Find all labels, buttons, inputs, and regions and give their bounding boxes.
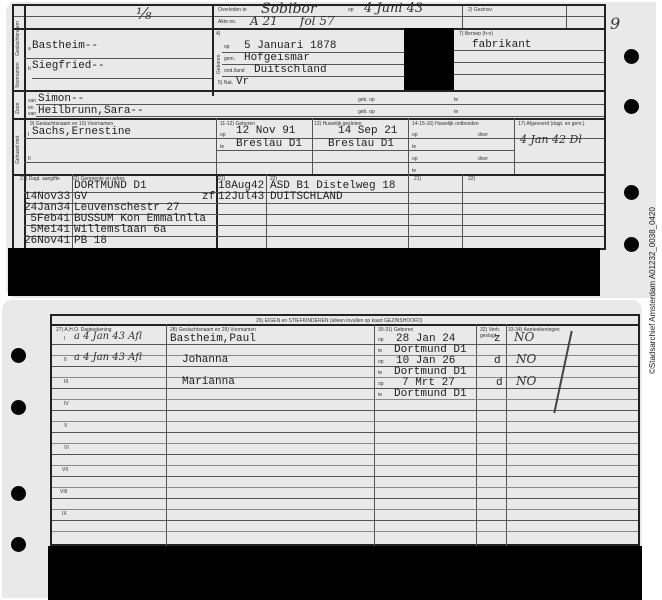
child-op-label: op bbox=[378, 337, 384, 343]
divider bbox=[266, 174, 267, 250]
op-label: op bbox=[348, 7, 354, 13]
divider bbox=[24, 138, 604, 139]
child-name: Johanna bbox=[182, 354, 228, 366]
child-num: IX bbox=[62, 511, 67, 517]
geslachtsnaam-label: Geslachtsnaam bbox=[15, 21, 21, 56]
col22b-header: 22) bbox=[468, 176, 475, 182]
zoon-label: Zoon bbox=[15, 103, 21, 114]
divider bbox=[24, 6, 26, 28]
child-te-label: te bbox=[378, 392, 382, 398]
binder-hole bbox=[11, 486, 26, 501]
card-number: 9 bbox=[610, 14, 620, 33]
divider bbox=[52, 388, 638, 389]
divider bbox=[506, 324, 507, 546]
binder-hole bbox=[11, 348, 26, 363]
divider bbox=[52, 520, 638, 521]
address-date: 12Jul43 bbox=[218, 191, 264, 203]
redacted-photo bbox=[404, 28, 454, 90]
address-mark: zf bbox=[202, 191, 215, 203]
marriage-place: Breslau D1 bbox=[328, 138, 394, 150]
birth-op-label: op bbox=[224, 44, 230, 50]
divider bbox=[462, 174, 463, 250]
divider bbox=[52, 324, 638, 326]
divider bbox=[408, 174, 409, 250]
occupation-label: 7) Beroep (h-n) bbox=[459, 31, 493, 37]
child-op-label: op bbox=[378, 381, 384, 387]
child-num: VIII bbox=[60, 489, 68, 495]
nationality-label: 5) Nat. bbox=[218, 80, 233, 86]
divider bbox=[462, 6, 463, 28]
child-verh: d bbox=[496, 377, 503, 389]
divider bbox=[36, 116, 604, 117]
divider bbox=[52, 487, 638, 488]
divider bbox=[52, 476, 638, 477]
folio-value: fol 57 bbox=[300, 14, 335, 28]
ontbonden-op2: op bbox=[412, 156, 418, 162]
spouse-birth-place: Breslau D1 bbox=[236, 138, 302, 150]
divider bbox=[24, 58, 212, 59]
divider bbox=[36, 104, 604, 105]
divider bbox=[374, 324, 375, 546]
divider bbox=[408, 118, 409, 174]
divider bbox=[312, 118, 313, 174]
divider bbox=[222, 76, 404, 77]
divider bbox=[52, 344, 638, 345]
item-b: b bbox=[28, 66, 31, 72]
mother-geb-op-label: geb. op bbox=[358, 109, 375, 115]
ontbonden-op1: op bbox=[412, 132, 418, 138]
binder-hole bbox=[11, 400, 26, 415]
binder-hole bbox=[624, 49, 639, 64]
afgevoerd-value: 4 Jan 42 Dl bbox=[520, 133, 582, 146]
gehuwd-label: Gehuwd met bbox=[15, 136, 21, 164]
divider bbox=[52, 443, 638, 444]
divider bbox=[454, 62, 604, 63]
child-num: V bbox=[64, 423, 67, 429]
nationality-value: Vr bbox=[236, 76, 249, 88]
van1-label: van bbox=[28, 98, 36, 104]
ontbonden-door1: door bbox=[478, 132, 488, 138]
divider bbox=[476, 324, 477, 546]
ontbonden-header: 14-15-16) Huwelijk ontbonden bbox=[412, 121, 479, 127]
verh-header: 32) Verh. geslagt. bbox=[480, 327, 506, 339]
divider bbox=[514, 118, 515, 174]
divider bbox=[52, 410, 638, 411]
divider bbox=[52, 509, 638, 510]
address-text: PB 18 bbox=[74, 235, 107, 247]
divider bbox=[52, 454, 638, 455]
divider bbox=[454, 74, 604, 75]
divider bbox=[24, 162, 604, 163]
binder-hole bbox=[624, 237, 639, 252]
divider bbox=[52, 366, 638, 367]
child-aho: a 4 Jan 43 Afl bbox=[74, 331, 142, 342]
spouse-birth-op-label: op bbox=[220, 132, 226, 138]
divider bbox=[52, 498, 638, 499]
child-note: NO bbox=[516, 374, 536, 388]
divider bbox=[212, 6, 214, 96]
divider bbox=[52, 377, 638, 378]
child-num: VI bbox=[64, 445, 69, 451]
child-aho: a 4 Jan 43 Afl bbox=[74, 352, 142, 363]
dagt-header: 21) Dagt. aangifte bbox=[20, 176, 60, 182]
van2-label: van bbox=[28, 111, 36, 117]
spouse-name: Sachs,Ernestine bbox=[32, 126, 131, 138]
handwritten-mark: ⅛ bbox=[136, 4, 152, 23]
akte-label: Akte no. bbox=[218, 19, 236, 25]
child-num: II bbox=[64, 357, 67, 363]
archive-credit: ©Stadsarchief Amsterdam A01232_0038_0420 bbox=[648, 207, 657, 374]
child-note: NO bbox=[516, 352, 536, 366]
overleden-date: 4 Juni 43 bbox=[364, 1, 423, 16]
overleden-label: Overleden te bbox=[218, 7, 247, 13]
item-a: a bbox=[28, 46, 31, 52]
child-num: III bbox=[64, 379, 68, 385]
child-num: IV bbox=[64, 401, 69, 407]
birth-section-num: 4) bbox=[216, 31, 220, 37]
ontbonden-door2: door bbox=[478, 156, 488, 162]
surname: Bastheim-- bbox=[32, 40, 98, 52]
child-note: NO bbox=[514, 330, 534, 344]
father-te-label: te bbox=[454, 97, 458, 103]
divider bbox=[14, 90, 604, 92]
voornamen-label: Voornamen bbox=[15, 62, 21, 88]
divider bbox=[52, 421, 638, 422]
divider bbox=[52, 432, 638, 433]
birth-land-label: ond./land bbox=[224, 68, 245, 74]
birth-place: Hofgeismar bbox=[244, 52, 310, 64]
bottom-card-frame bbox=[50, 314, 640, 546]
child-verh: z bbox=[494, 333, 501, 345]
ontbonden-te1: te bbox=[412, 144, 416, 150]
child-name: Marianna bbox=[182, 376, 235, 388]
mother-te-label: te bbox=[454, 109, 458, 115]
child-num: VII bbox=[62, 467, 68, 473]
address-date: 26Nov41 bbox=[24, 235, 70, 247]
gezinsv-label: 2) Gezinsv. bbox=[468, 7, 493, 13]
akte-value: A 21 bbox=[250, 14, 278, 28]
child-name: Bastheim,Paul bbox=[170, 333, 256, 345]
col21b-header: 21) bbox=[414, 176, 421, 182]
child-te-label: te bbox=[378, 370, 382, 376]
address-text: DUITSCHLAND bbox=[270, 191, 343, 203]
divider bbox=[52, 465, 638, 466]
marriage-date: 14 Sep 21 bbox=[338, 125, 397, 137]
spouse-birth-date: 12 Nov 91 bbox=[236, 125, 295, 137]
divider bbox=[52, 531, 638, 532]
father-geb-op-label: geb. op bbox=[358, 97, 375, 103]
binder-hole bbox=[11, 537, 26, 552]
child-verh: d bbox=[494, 355, 501, 367]
divider bbox=[566, 6, 567, 28]
divider bbox=[216, 150, 514, 151]
redacted-band bbox=[8, 248, 600, 296]
divider bbox=[216, 118, 217, 174]
divider bbox=[24, 236, 604, 237]
birth-date: 5 Januari 1878 bbox=[244, 40, 336, 52]
birth-gem-label: gem. bbox=[224, 56, 235, 62]
afgevoerd-header: 17) Afgevoerd (dagt. en gem.) bbox=[518, 121, 584, 127]
divider bbox=[14, 28, 604, 30]
birth-country: Duitschland bbox=[254, 64, 327, 76]
child-op-label: op bbox=[378, 359, 384, 365]
divider bbox=[52, 399, 638, 400]
divider bbox=[72, 174, 73, 250]
divider bbox=[14, 118, 604, 120]
divider bbox=[454, 50, 604, 51]
child-birth-place: Dortmund D1 bbox=[394, 388, 467, 400]
binder-hole bbox=[624, 185, 639, 200]
child-num: I bbox=[64, 336, 65, 342]
divider bbox=[166, 324, 167, 546]
spouse-birth-te-label: te bbox=[220, 144, 224, 150]
child-te-label: te bbox=[378, 348, 382, 354]
divider bbox=[32, 78, 212, 79]
binder-hole bbox=[624, 99, 639, 114]
redacted-band bbox=[48, 546, 642, 600]
given-name: Siegfried-- bbox=[32, 60, 105, 72]
